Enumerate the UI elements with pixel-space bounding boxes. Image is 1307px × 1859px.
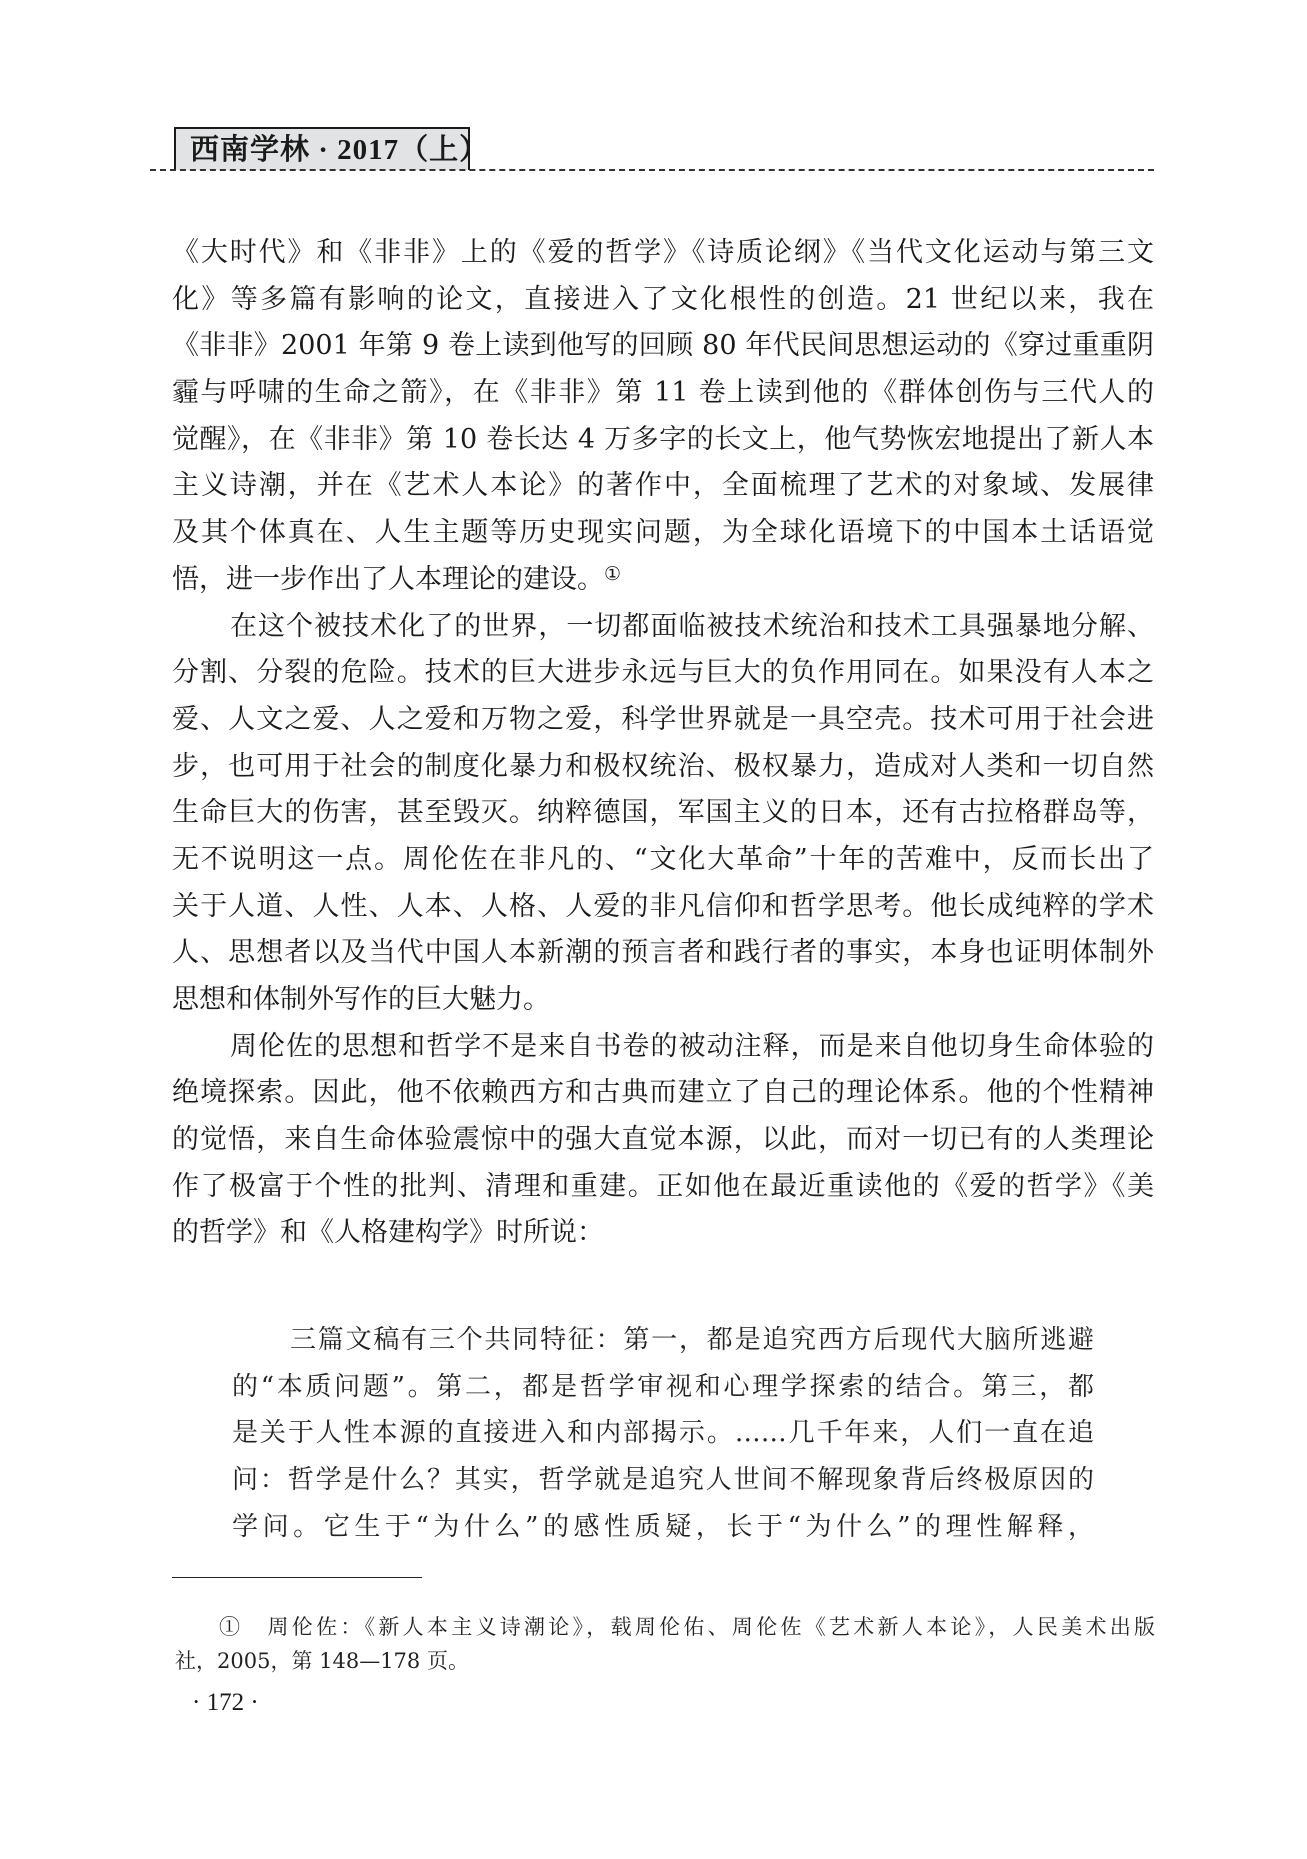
text-line: 分割、分裂的危险。技术的巨大进步永远与巨大的负作用同在。如果没有人本之 [172,650,1154,697]
footnote: ① 周伦佐：《新人本主义诗潮论》，载周伦佑、周伦佐《艺术新人本论》，人民美术出版… [175,1610,1155,1678]
quote-line: 问：哲学是什么？其实，哲学就是追究人世间不解现象背后终极原因的 [232,1457,1094,1504]
body-text: 《大时代》和《非非》上的《爱的哲学》《诗质论纲》《当代文化运动与第三文 化》等多… [172,230,1154,1257]
text-line: 关于人道、人性、人本、人格、人爱的非凡信仰和哲学思考。他长成纯粹的学术 [172,884,1154,931]
block-quote: 三篇文稿有三个共同特征：第一，都是追究西方后现代大脑所逃避 的“本质问题”。第二… [232,1317,1094,1550]
text-line: 生命巨大的伤害，甚至毁灭。纳粹德国，军国主义的日本，还有古拉格群岛等， [172,790,1154,837]
quote-line: 学问。它生于“为什么”的感性质疑，长于“为什么”的理性解释， [232,1504,1094,1551]
text-line: 及其个体真在、人生主题等历史现实问题，为全球化语境下的中国本土话语觉 [172,510,1154,557]
text-line-content: 悟，进一步作出了人本理论的建设。 [172,564,604,595]
text-line: 无不说明这一点。周伦佐在非凡的、“文化大革命”十年的苦难中，反而长出了 [172,837,1154,884]
quote-line: 三篇文稿有三个共同特征：第一，都是追究西方后现代大脑所逃避 [232,1317,1094,1364]
text-line: 觉醒》，在《非非》第 10 卷长达 4 万多字的长文上，他气势恢宏地提出了新人本 [172,417,1154,464]
text-line: 周伦佐的思想和哲学不是来自书卷的被动注释，而是来自他切身生命体验的 [172,1024,1154,1071]
footnote-line: ① 周伦佐：《新人本主义诗潮论》，载周伦佑、周伦佐《艺术新人本论》，人民美术出版 [175,1610,1155,1644]
text-line: 霾与呼啸的生命之箭》，在《非非》第 11 卷上读到他的《群体创伤与三代人的 [172,370,1154,417]
quote-line: 是关于人性本源的直接进入和内部揭示。……几千年来，人们一直在追 [232,1410,1094,1457]
text-line: 《大时代》和《非非》上的《爱的哲学》《诗质论纲》《当代文化运动与第三文 [172,230,1154,277]
text-line: 《非非》2001 年第 9 卷上读到他写的回顾 80 年代民间思想运动的《穿过重… [172,323,1154,370]
text-line: 化》等多篇有影响的论文，直接进入了文化根性的创造。21 世纪以来，我在 [172,277,1154,324]
paragraph-3: 周伦佐的思想和哲学不是来自书卷的被动注释，而是来自他切身生命体验的 绝境探索。因… [172,1024,1154,1257]
footnote-line: 社，2005，第 148—178 页。 [175,1644,1155,1678]
text-line: 在这个被技术化了的世界，一切都面临被技术统治和技术工具强暴地分解、 [172,604,1154,651]
text-line: 作了极富于个性的批判、清理和重建。正如他在最近重读他的《爱的哲学》《美 [172,1164,1154,1211]
text-line: 爱、人文之爱、人之爱和万物之爱，科学世界就是一具空壳。技术可用于社会进 [172,697,1154,744]
footnote-separator [172,1577,422,1578]
text-line: 人、思想者以及当代中国人本新潮的预言者和践行者的事实，本身也证明体制外 [172,930,1154,977]
text-line: 悟，进一步作出了人本理论的建设。① [172,557,1154,604]
text-line: 思想和体制外写作的巨大魅力。 [172,977,1154,1024]
paragraph-2: 在这个被技术化了的世界，一切都面临被技术统治和技术工具强暴地分解、 分割、分裂的… [172,604,1154,1024]
text-line: 的哲学》和《人格建构学》时所说： [172,1210,1154,1257]
page-number: · 172 · [192,1688,259,1718]
quote-line: 的“本质问题”。第二，都是哲学审视和心理学探索的结合。第三，都 [232,1364,1094,1411]
journal-title: 西南学林 · 2017（上） [190,132,489,168]
text-line: 步，也可用于社会的制度化暴力和极权统治、极权暴力，造成对人类和一切自然 [172,744,1154,791]
text-line: 的觉悟，来自生命体验震惊中的强大直觉本源，以此，而对一切已有的人类理论 [172,1117,1154,1164]
text-line: 主义诗潮，并在《艺术人本论》的著作中，全面梳理了艺术的对象域、发展律 [172,463,1154,510]
footnote-reference[interactable]: ① [604,563,621,585]
header-dashed-rule [150,169,1154,171]
paragraph-1: 《大时代》和《非非》上的《爱的哲学》《诗质论纲》《当代文化运动与第三文 化》等多… [172,230,1154,604]
text-line: 绝境探索。因此，他不依赖西方和古典而建立了自己的理论体系。他的个性精神 [172,1070,1154,1117]
running-head-box: 西南学林 · 2017（上） [174,127,470,170]
